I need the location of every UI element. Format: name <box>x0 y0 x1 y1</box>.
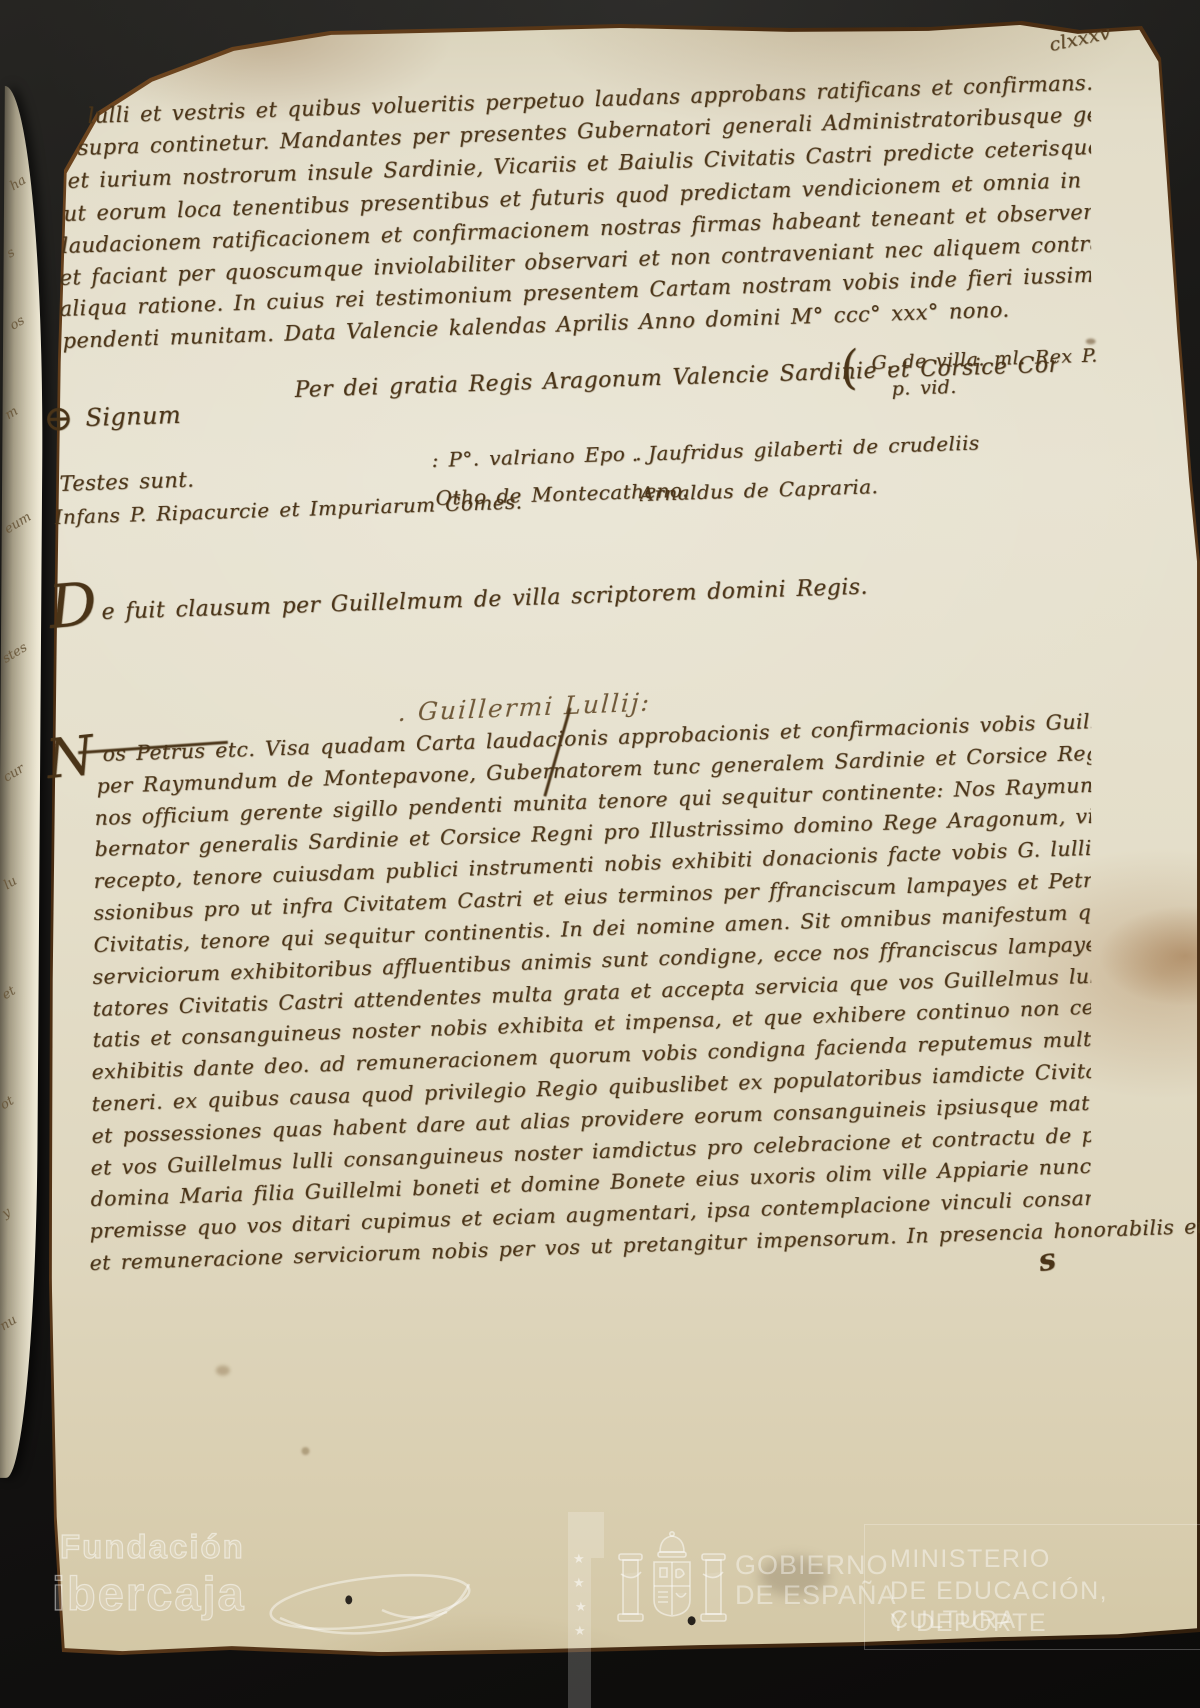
stain <box>216 1365 230 1375</box>
star-icon: ★ <box>575 1600 587 1615</box>
margin-fragment: eum <box>2 510 34 538</box>
star-icon: ★ <box>573 1576 585 1591</box>
margin-fragment: os <box>7 313 27 333</box>
previous-folio-edge: ha s os m eum stes cur lu et ot y nu <box>0 86 45 1478</box>
margin-fragment: et <box>0 984 18 1004</box>
margin-fragment: s <box>4 245 18 261</box>
ibercaja-watermark-line2: ibercaja <box>52 1566 246 1621</box>
signum-label: Signum <box>85 401 181 433</box>
signum-cross-icon: ⊕ <box>43 397 75 441</box>
manuscript-photo: ha s os m eum stes cur lu et ot y nu clx… <box>0 0 1200 1708</box>
margin-fragment: cur <box>1 761 27 785</box>
stain <box>1086 338 1096 344</box>
stain <box>302 1447 310 1455</box>
ibercaja-logo-icon <box>262 1566 477 1646</box>
margin-fragment: ot <box>0 1094 17 1114</box>
spain-coat-of-arms-icon <box>613 1530 731 1632</box>
margin-fragment: stes <box>0 640 30 667</box>
margin-fragment: lu <box>1 874 20 893</box>
witness-heading: Testes sunt. <box>59 468 194 498</box>
margin-fragment: ha <box>7 173 29 194</box>
margin-fragment: nu <box>0 1313 20 1335</box>
star-icon: ★ <box>573 1552 585 1567</box>
ibercaja-watermark-line1: Fundación <box>60 1528 245 1566</box>
star-icon: ★ <box>574 1624 586 1639</box>
margin-fragment: m <box>3 404 21 423</box>
block2-initial: N <box>43 723 97 792</box>
margin-fragment: y <box>0 1205 14 1222</box>
ministerio-watermark-line1: MINISTERIO <box>890 1545 1051 1574</box>
clausum-initial: D <box>46 568 100 644</box>
ministerio-watermark-line3: Y DEPORTE <box>890 1609 1047 1638</box>
